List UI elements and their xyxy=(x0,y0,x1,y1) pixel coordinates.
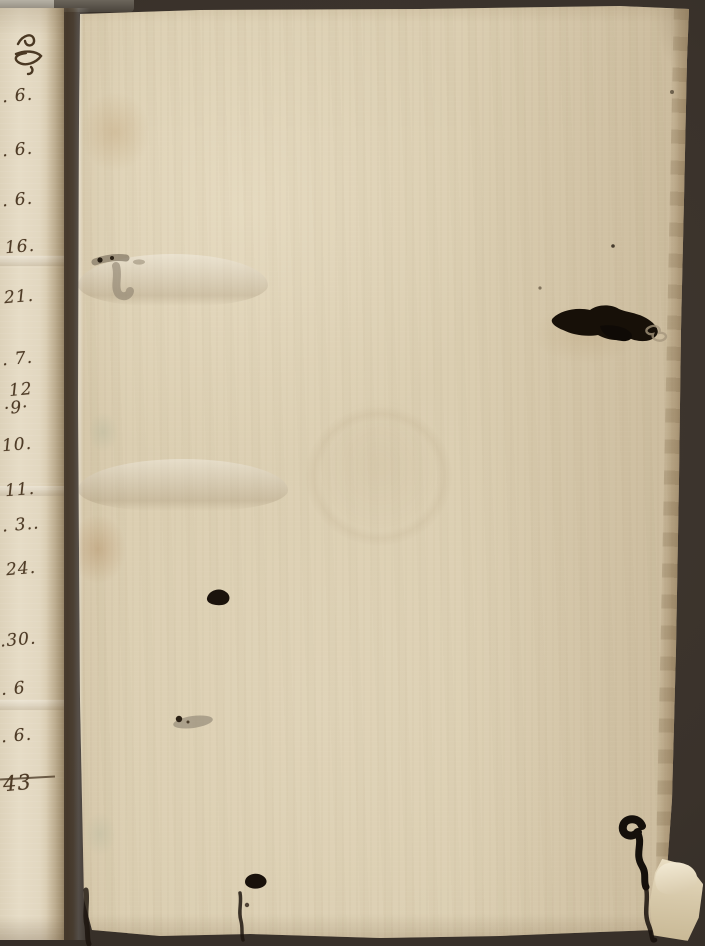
margin-number: . 6. xyxy=(1,139,34,162)
blank-page xyxy=(62,4,705,942)
stain xyxy=(80,92,150,172)
sum-total: 43 xyxy=(2,770,33,796)
stain xyxy=(88,412,118,452)
stain xyxy=(532,304,642,364)
margin-number: . 6. xyxy=(1,189,34,212)
stain xyxy=(84,812,116,856)
margin-number: . 3.. xyxy=(1,513,40,536)
margin-number: 16. xyxy=(4,236,36,259)
margin-number: . 6 xyxy=(0,678,26,700)
margin-number: . 7. xyxy=(1,348,34,371)
margin-number: . 6. xyxy=(1,85,34,108)
margin-number: 10. xyxy=(1,434,33,457)
margin-number: 21. xyxy=(3,286,35,309)
margin-number: . 6. xyxy=(0,725,33,748)
margin-number: 24. xyxy=(5,558,37,581)
margin-number: .30. xyxy=(0,628,37,651)
margin-number: 11. xyxy=(4,479,36,502)
faint-watermark xyxy=(274,376,484,576)
margin-number: ·9· xyxy=(3,397,29,419)
manuscript-scan: . 6. . 6. . 6. 16. 21. . 7. 12 ·9· 10. 1… xyxy=(0,0,705,946)
